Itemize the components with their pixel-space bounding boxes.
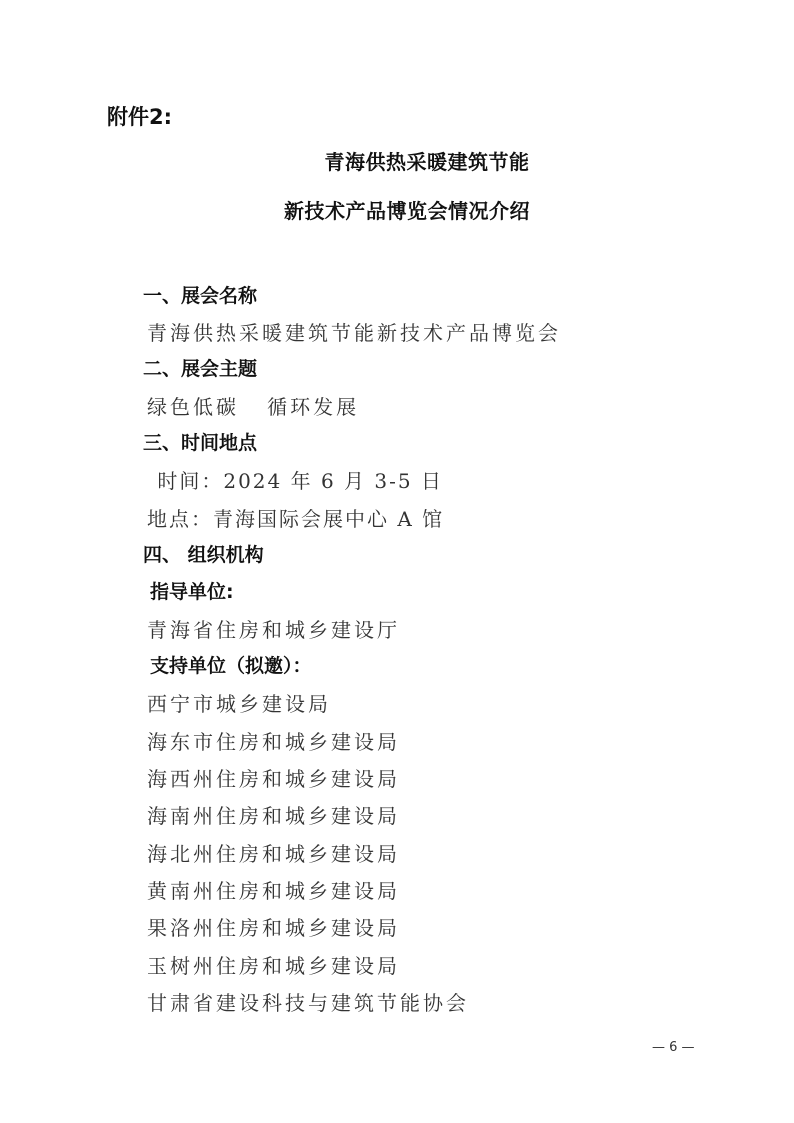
support-unit-item: 黄南州住房和城乡建设局 [147,875,400,904]
theme-text: 绿色低碳 循环发展 [147,391,359,420]
time-text: 时间：2024 年 6 月 3-5 日 [149,465,443,494]
support-unit-item: 海西州住房和城乡建设局 [147,763,400,792]
page-number: — 6 — [652,1040,695,1055]
section-heading-theme: 二、展会主题 [143,354,257,381]
document-page: 附件2: 青海供热采暖建筑节能 新技术产品博览会情况介绍 一、展会名称 青海供热… [0,0,794,1123]
support-unit-item: 海南州住房和城乡建设局 [147,800,400,829]
exhibition-name-text: 青海供热采暖建筑节能新技术产品博览会 [147,317,561,346]
document-title-line-2: 新技术产品博览会情况介绍 [10,195,794,224]
section-heading-exhibition-name: 一、展会名称 [143,281,257,308]
support-unit-item: 西宁市城乡建设局 [147,688,331,717]
section-heading-time-place: 三、时间地点 [143,428,257,455]
document-title-line-1: 青海供热采暖建筑节能 [30,146,794,175]
support-unit-item: 海东市住房和城乡建设局 [147,726,400,755]
attachment-label: 附件2: [107,101,172,131]
support-unit-item: 甘肃省建设科技与建筑节能协会 [147,987,469,1016]
section-heading-organization: 四、 组织机构 [143,540,264,567]
support-unit-item: 玉树州住房和城乡建设局 [147,950,400,979]
guide-unit-item: 青海省住房和城乡建设厅 [147,614,400,643]
guide-unit-label: 指导单位: [150,577,234,604]
support-unit-label: 支持单位（拟邀）： [150,651,312,678]
support-unit-item: 果洛州住房和城乡建设局 [147,912,400,941]
place-text: 地点：青海国际会展中心 A 馆 [147,503,444,532]
support-unit-item: 海北州住房和城乡建设局 [147,838,400,867]
